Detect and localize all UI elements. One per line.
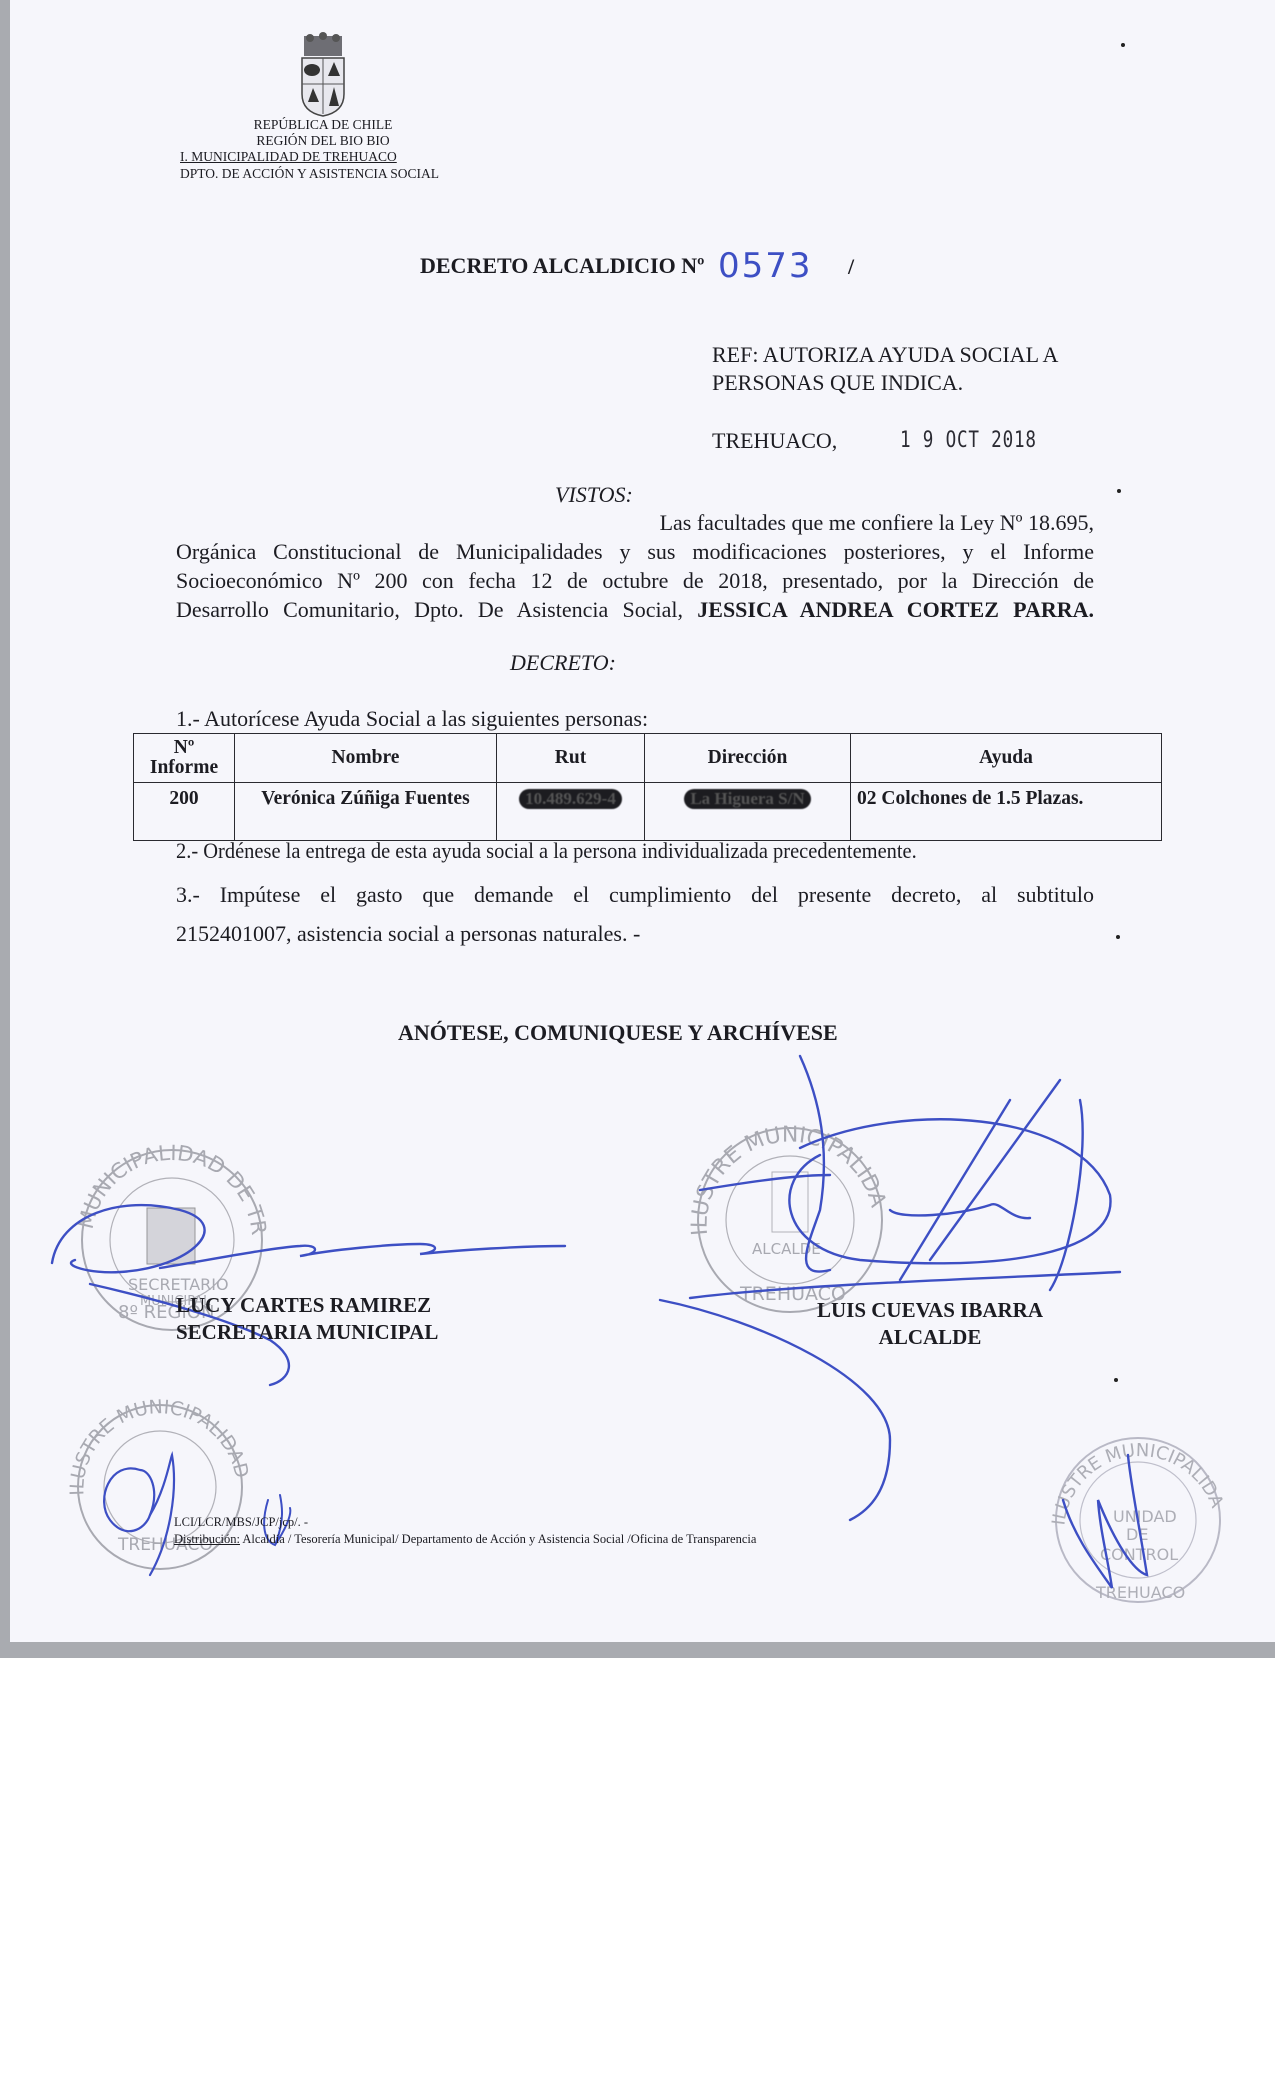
svg-text:DE: DE: [1126, 1525, 1148, 1544]
svg-text:MUNICIPALIDAD DE TREHUACO: MUNICIPALIDAD DE TREHUACO: [0, 0, 271, 1236]
control-seal-icon: ILUSTRE MUNICIPALIDAD UNIDAD DE CONTROL …: [0, 0, 1228, 1602]
svg-text:ALCALDE: ALCALDE: [752, 1240, 821, 1258]
mayor-seal-icon: ILUSTRE MUNICIPALIDAD ALCALDE TREHUACO: [0, 0, 890, 1312]
scan-speck: [1117, 489, 1121, 493]
mayor-signatory: LUIS CUEVAS IBARRA ALCALDE: [800, 1297, 1060, 1351]
svg-text:TREHUACO: TREHUACO: [1095, 1583, 1185, 1602]
secretary-seal-icon: MUNICIPALIDAD DE TREHUACO SECRETARIO MUN…: [0, 0, 271, 1330]
scan-speck: [1121, 43, 1125, 47]
svg-text:ILUSTRE MUNICIPALIDAD: ILUSTRE MUNICIPALIDAD: [0, 0, 890, 1236]
seals-and-signatures: MUNICIPALIDAD DE TREHUACO SECRETARIO MUN…: [0, 0, 1275, 1660]
svg-text:CONTROL: CONTROL: [1100, 1545, 1178, 1564]
footer-distribution: Distribución: Alcaldía / Tesorería Munic…: [174, 1532, 756, 1547]
scan-speck: [1116, 935, 1120, 939]
footer-initials: LCI/LCR/MBS/JCP/jcp/. -: [174, 1515, 308, 1530]
svg-text:UNIDAD: UNIDAD: [1113, 1507, 1177, 1526]
secretary-signatory: LUCY CARTES RAMIREZ SECRETARIA MUNICIPAL: [176, 1292, 438, 1346]
scan-speck: [1114, 1378, 1118, 1382]
dideco-signature-icon: [104, 1455, 174, 1575]
svg-text:ILUSTRE MUNICIPALIDAD: ILUSTRE MUNICIPALIDAD: [66, 1396, 252, 1496]
